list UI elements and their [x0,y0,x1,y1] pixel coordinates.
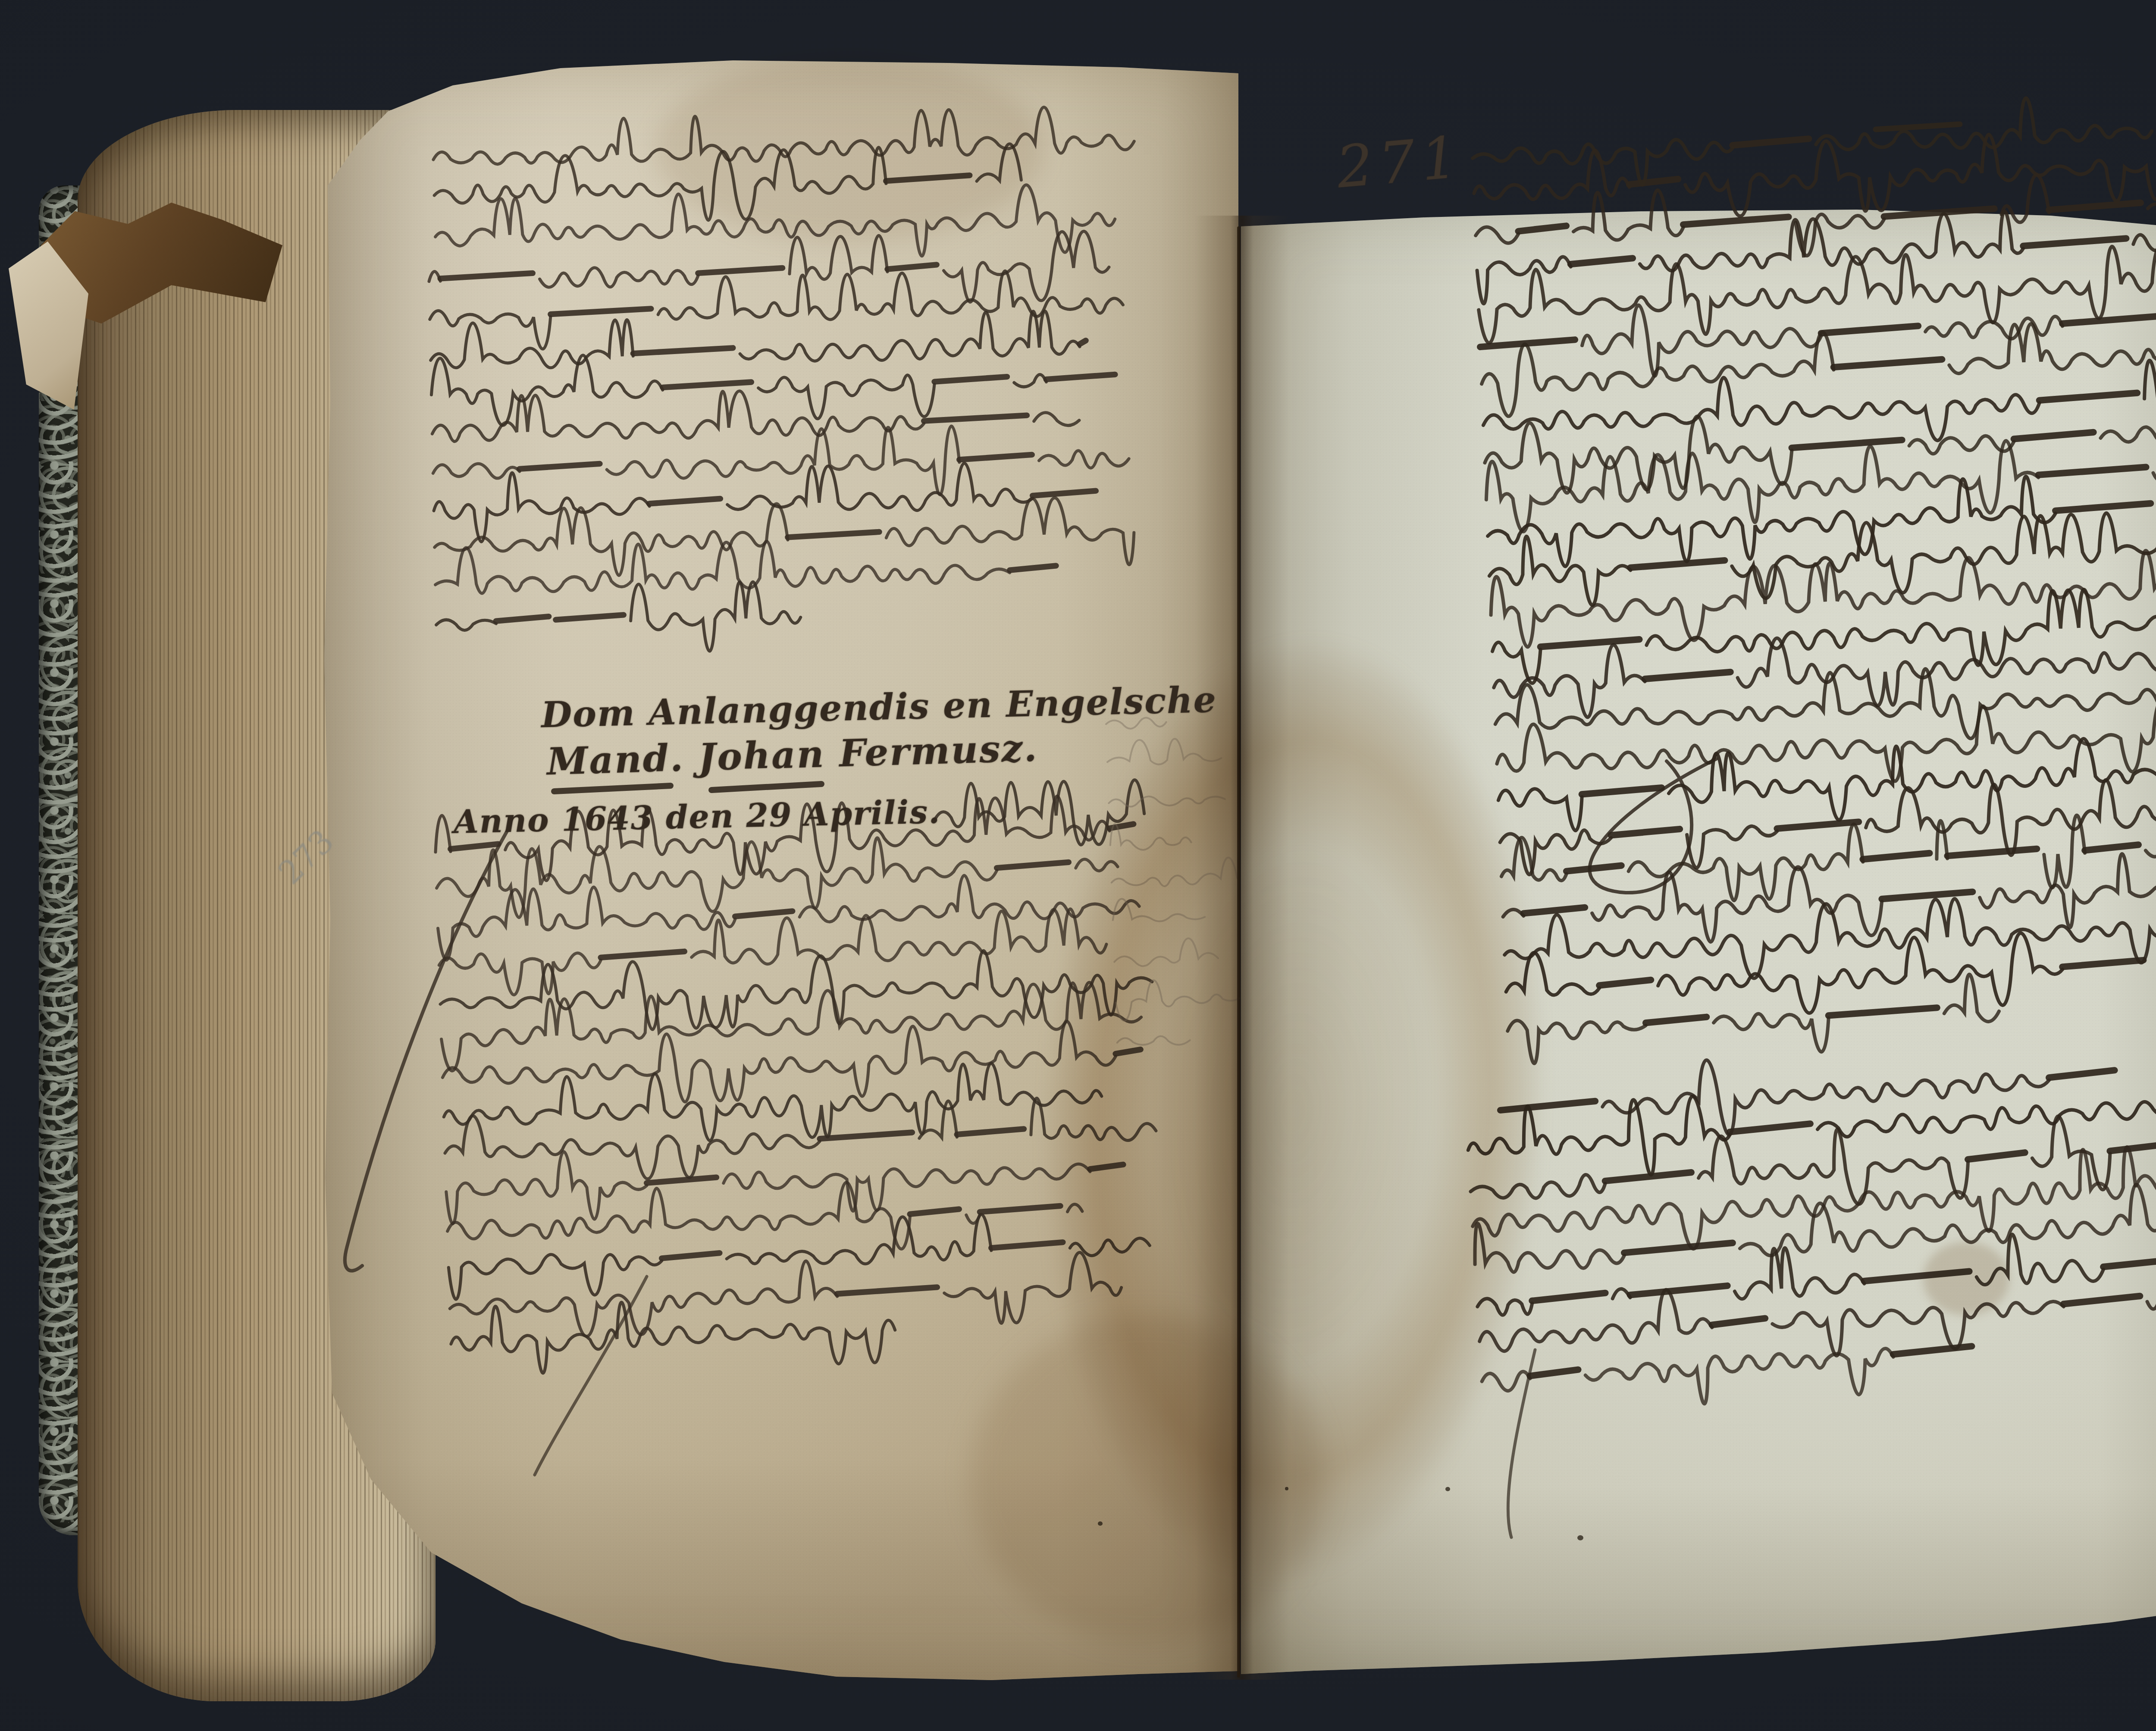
ink-speck [1445,1487,1450,1491]
folio-number: 271 [1334,124,1466,201]
archival-photo-background: { "palette": { "background": "#1a1e25", … [0,0,2156,1731]
right-manuscript-page [1240,207,2156,1678]
gutter-fold-line [1237,226,1240,1678]
ink-speck [1285,1487,1288,1490]
ink-speck [1098,1521,1103,1526]
right-top-dash [1876,124,1960,129]
ink-speck [1577,1535,1583,1540]
left-manuscript-page [319,56,1242,1686]
